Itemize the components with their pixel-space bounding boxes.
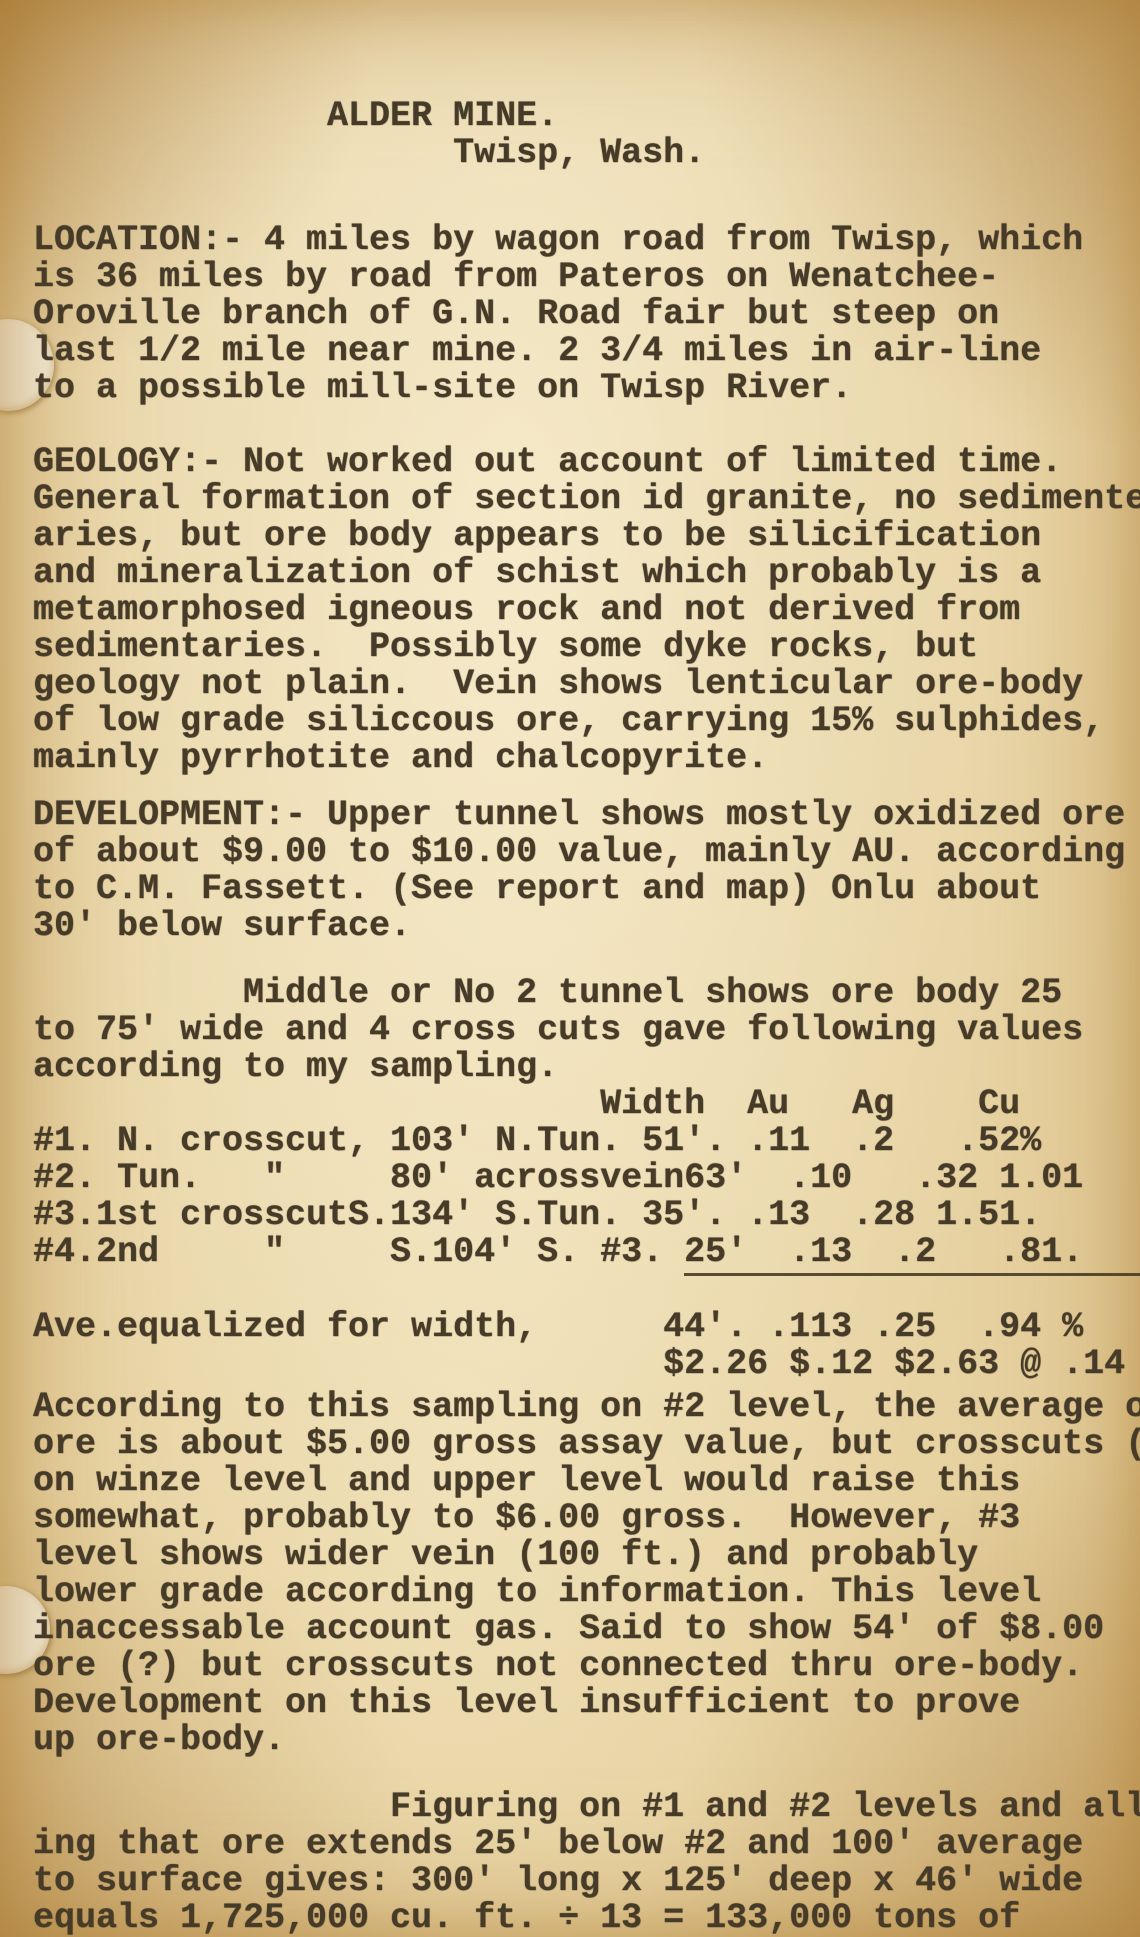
typed-line: geology not plain. Vein shows lenticular… (33, 666, 1140, 703)
document-title: ALDER MINE. (33, 98, 1140, 135)
typed-line: equals 1,725,000 cu. ft. ÷ 13 = 133,000 … (33, 1900, 1140, 1937)
typed-line: 30' below surface. (33, 908, 1140, 945)
typed-line: According to this sampling on #2 level, … (33, 1389, 1140, 1426)
typed-line: to 75' wide and 4 cross cuts gave follow… (33, 1012, 1140, 1049)
typed-line: DEVELOPMENT:- Upper tunnel shows mostly … (33, 797, 1140, 834)
typed-line: on winze level and upper level would rai… (33, 1463, 1140, 1500)
typed-line: up ore-body. (33, 1722, 1140, 1759)
sample-values-table: Width Au Ag Cu#1. N. crosscut, 103' N.Tu… (33, 1086, 1140, 1271)
typed-line: General formation of section id granite,… (33, 481, 1140, 518)
typed-line: ore (?) but crosscuts not connected thru… (33, 1648, 1140, 1685)
typed-line: according to my sampling. (33, 1049, 1140, 1086)
typed-line: ore is about $5.00 gross assay value, bu… (33, 1426, 1140, 1463)
typed-line: sedimentaries. Possibly some dyke rocks,… (33, 629, 1140, 666)
tonnage-estimate-paragraph: Figuring on #1 and #2 levels and allow-i… (33, 1789, 1140, 1937)
typed-line: Development on this level insufficient t… (33, 1685, 1140, 1722)
typed-line: LOCATION:- 4 miles by wagon road from Tw… (33, 222, 1140, 259)
typed-line: inaccessable account gas. Said to show 5… (33, 1611, 1140, 1648)
typed-line: is 36 miles by road from Pateros on Wena… (33, 259, 1140, 296)
typed-text: #4.2nd " S.104' S. #3. (33, 1232, 684, 1272)
development-paragraph: DEVELOPMENT:- Upper tunnel shows mostly … (33, 797, 1140, 945)
typed-line: mainly pyrrhotite and chalcopyrite. (33, 740, 1140, 777)
middle-tunnel-paragraph: Middle or No 2 tunnel shows ore body 25t… (33, 975, 1140, 1086)
typed-line: Middle or No 2 tunnel shows ore body 25 (33, 975, 1140, 1012)
location-paragraph: LOCATION:- 4 miles by wagon road from Tw… (33, 222, 1140, 407)
typed-line: Figuring on #1 and #2 levels and allow- (33, 1789, 1140, 1826)
typed-line: $2.26 $.12 $2.63 @ .14 (33, 1346, 1140, 1383)
geology-paragraph: GEOLOGY:- Not worked out account of limi… (33, 444, 1140, 777)
typed-line: #2. Tun. " 80' acrossvein63' .10 .32 1.0… (33, 1160, 1140, 1197)
typed-line: and mineralization of schist which proba… (33, 555, 1140, 592)
average-values-block: Ave.equalized for width, 44'. .113 .25 .… (33, 1309, 1140, 1383)
document-subtitle: Twisp, Wash. (33, 135, 1140, 172)
typed-line: somewhat, probably to $6.00 gross. Howev… (33, 1500, 1140, 1537)
typed-line: of low grade siliccous ore, carrying 15%… (33, 703, 1140, 740)
typed-line: Oroville branch of G.N. Road fair but st… (33, 296, 1140, 333)
typed-line: to C.M. Fassett. (See report and map) On… (33, 871, 1140, 908)
typed-line: metamorphosed igneous rock and not deriv… (33, 592, 1140, 629)
typed-line: ing that ore extends 25' below #2 and 10… (33, 1826, 1140, 1863)
typed-content: ALDER MINE. Twisp, Wash. LOCATION:- 4 mi… (0, 0, 1140, 1937)
sampling-discussion-paragraph: According to this sampling on #2 level, … (33, 1389, 1140, 1759)
typed-line: to surface gives: 300' long x 125' deep … (33, 1863, 1140, 1900)
typed-line: to a possible mill-site on Twisp River. (33, 370, 1140, 407)
typed-line: #1. N. crosscut, 103' N.Tun. 51'. .11 .2… (33, 1123, 1140, 1160)
typed-line: aries, but ore body appears to be silici… (33, 518, 1140, 555)
typed-line: lower grade according to information. Th… (33, 1574, 1140, 1611)
typed-line: of about $9.00 to $10.00 value, mainly A… (33, 834, 1140, 871)
document-page: ALDER MINE. Twisp, Wash. LOCATION:- 4 mi… (0, 0, 1140, 1937)
typed-line: #4.2nd " S.104' S. #3. 25' .13 .2 .81. (33, 1234, 1140, 1271)
typed-line: Width Au Ag Cu (33, 1086, 1140, 1123)
typed-line: last 1/2 mile near mine. 2 3/4 miles in … (33, 333, 1140, 370)
underlined-typed-text: 25' .13 .2 .81. (684, 1232, 1140, 1276)
typed-line: #3.1st crosscutS.134' S.Tun. 35'. .13 .2… (33, 1197, 1140, 1234)
document-title-block: ALDER MINE. Twisp, Wash. (33, 98, 1140, 172)
typed-line: level shows wider vein (100 ft.) and pro… (33, 1537, 1140, 1574)
typed-line: Ave.equalized for width, 44'. .113 .25 .… (33, 1309, 1140, 1346)
typed-line: GEOLOGY:- Not worked out account of limi… (33, 444, 1140, 481)
